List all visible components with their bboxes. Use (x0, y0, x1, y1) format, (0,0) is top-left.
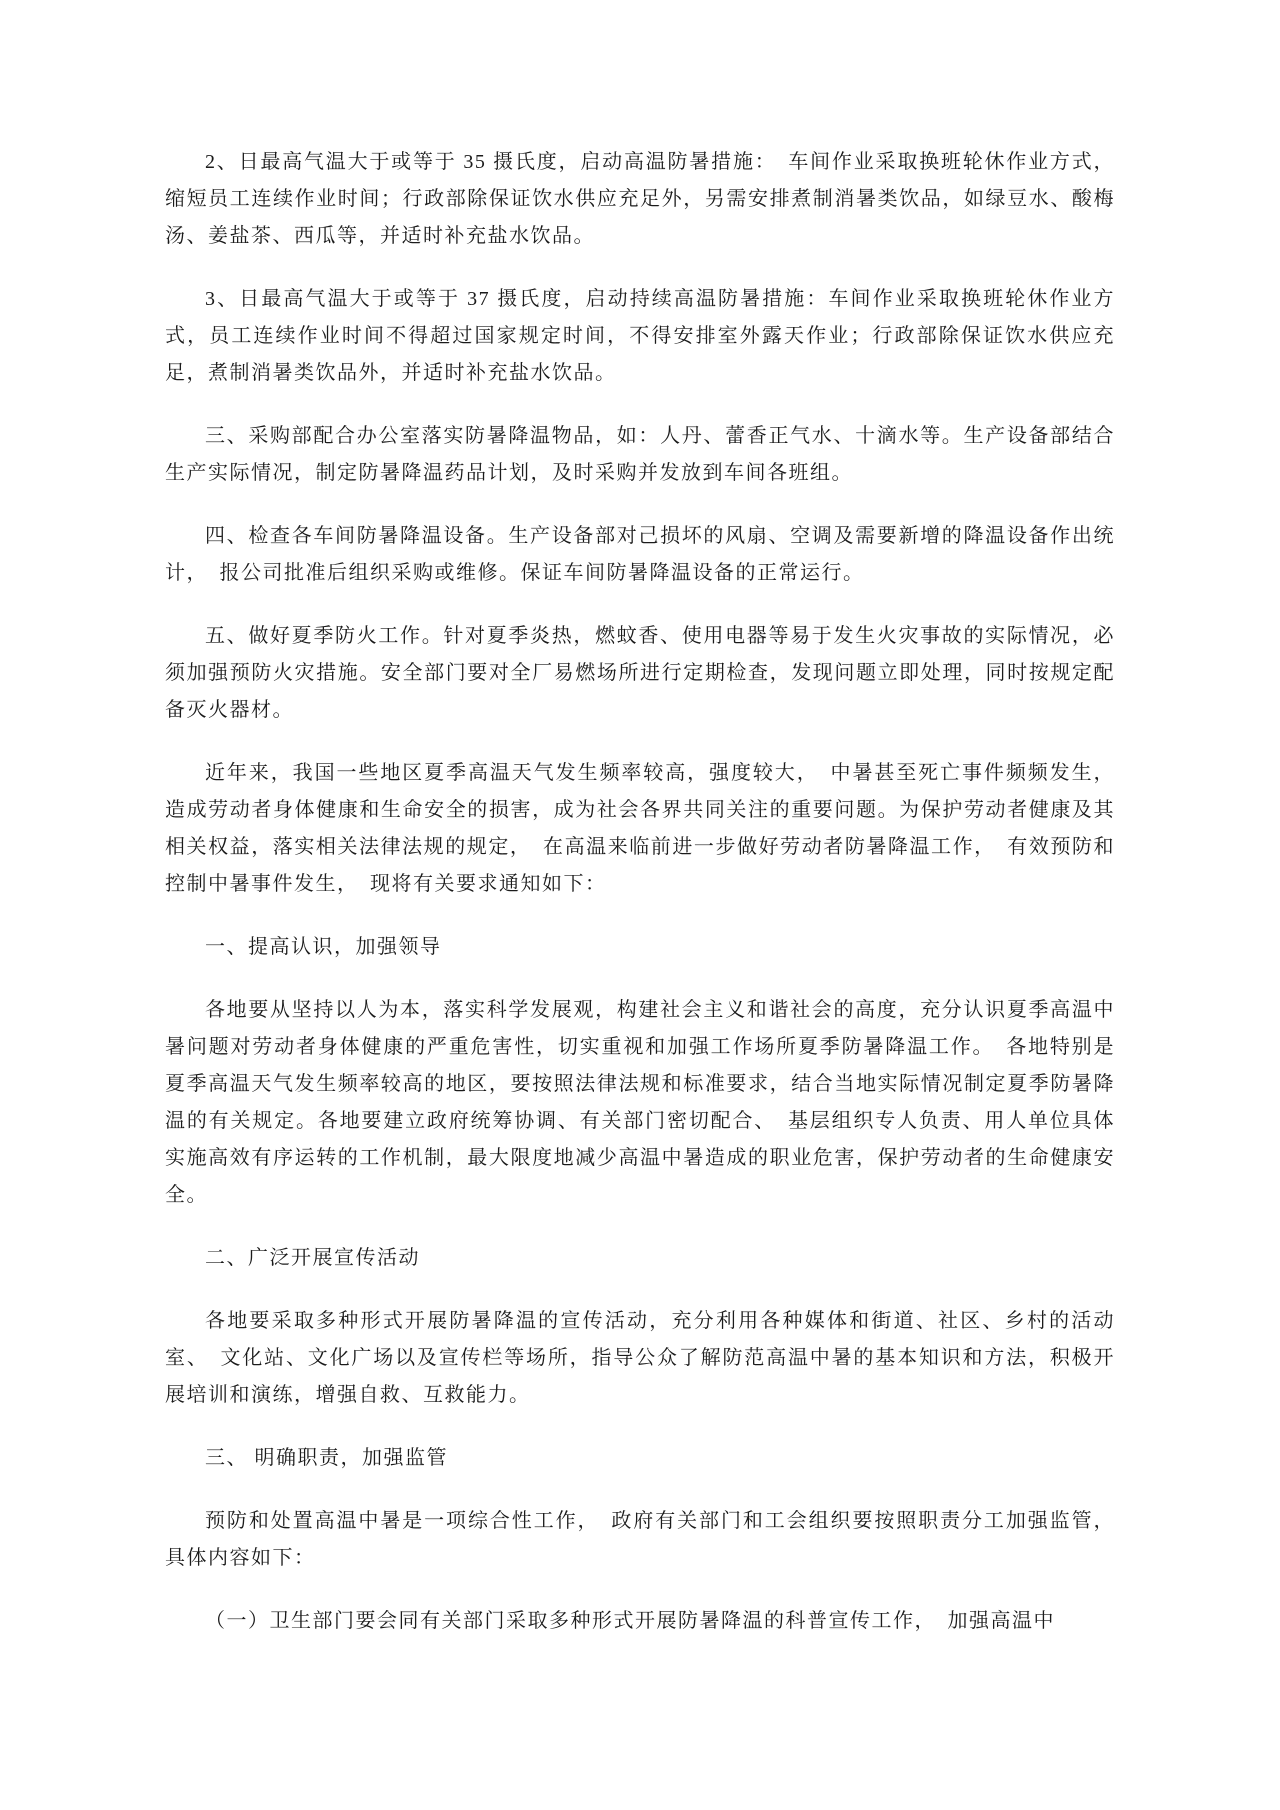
section-heading-3: 三、 明确职责，加强监管 (165, 1440, 1115, 1477)
paragraph-section-1-body: 各地要从坚持以人为本，落实科学发展观，构建社会主义和谐社会的高度，充分认识夏季高… (165, 992, 1115, 1214)
section-heading-1: 一、提高认识，加强领导 (165, 929, 1115, 966)
section-heading-2: 二、广泛开展宣传活动 (165, 1240, 1115, 1277)
paragraph-section-3-body: 预防和处置高温中暑是一项综合性工作， 政府有关部门和工会组织要按照职责分工加强监… (165, 1503, 1115, 1577)
paragraph-rule-37c: 3、日最高气温大于或等于 37 摄氏度，启动持续高温防暑措施：车间作业采取换班轮… (165, 281, 1115, 392)
document-text-block: 2、日最高气温大于或等于 35 摄氏度，启动高温防暑措施： 车间作业采取换班轮休… (165, 144, 1115, 1666)
paragraph-section-2-body: 各地要采取多种形式开展防暑降温的宣传活动，充分利用各种媒体和街道、社区、乡村的活… (165, 1303, 1115, 1414)
paragraph-intro-notice: 近年来，我国一些地区夏季高温天气发生频率较高，强度较大， 中暑甚至死亡事件频频发… (165, 755, 1115, 903)
paragraph-item-4-equipment: 四、检查各车间防暑降温设备。生产设备部对己损坏的风扇、空调及需要新增的降温设备作… (165, 518, 1115, 592)
paragraph-rule-35c: 2、日最高气温大于或等于 35 摄氏度，启动高温防暑措施： 车间作业采取换班轮休… (165, 144, 1115, 255)
paragraph-subitem-1-health: （一）卫生部门要会同有关部门采取多种形式开展防暑降温的科普宣传工作， 加强高温中 (165, 1603, 1115, 1640)
document-page: 2、日最高气温大于或等于 35 摄氏度，启动高温防暑措施： 车间作业采取换班轮休… (0, 0, 1280, 1810)
paragraph-item-3-purchase: 三、采购部配合办公室落实防暑降温物品，如：人丹、蕾香正气水、十滴水等。生产设备部… (165, 418, 1115, 492)
paragraph-item-5-fire: 五、做好夏季防火工作。针对夏季炎热，燃蚊香、使用电器等易于发生火灾事故的实际情况… (165, 618, 1115, 729)
